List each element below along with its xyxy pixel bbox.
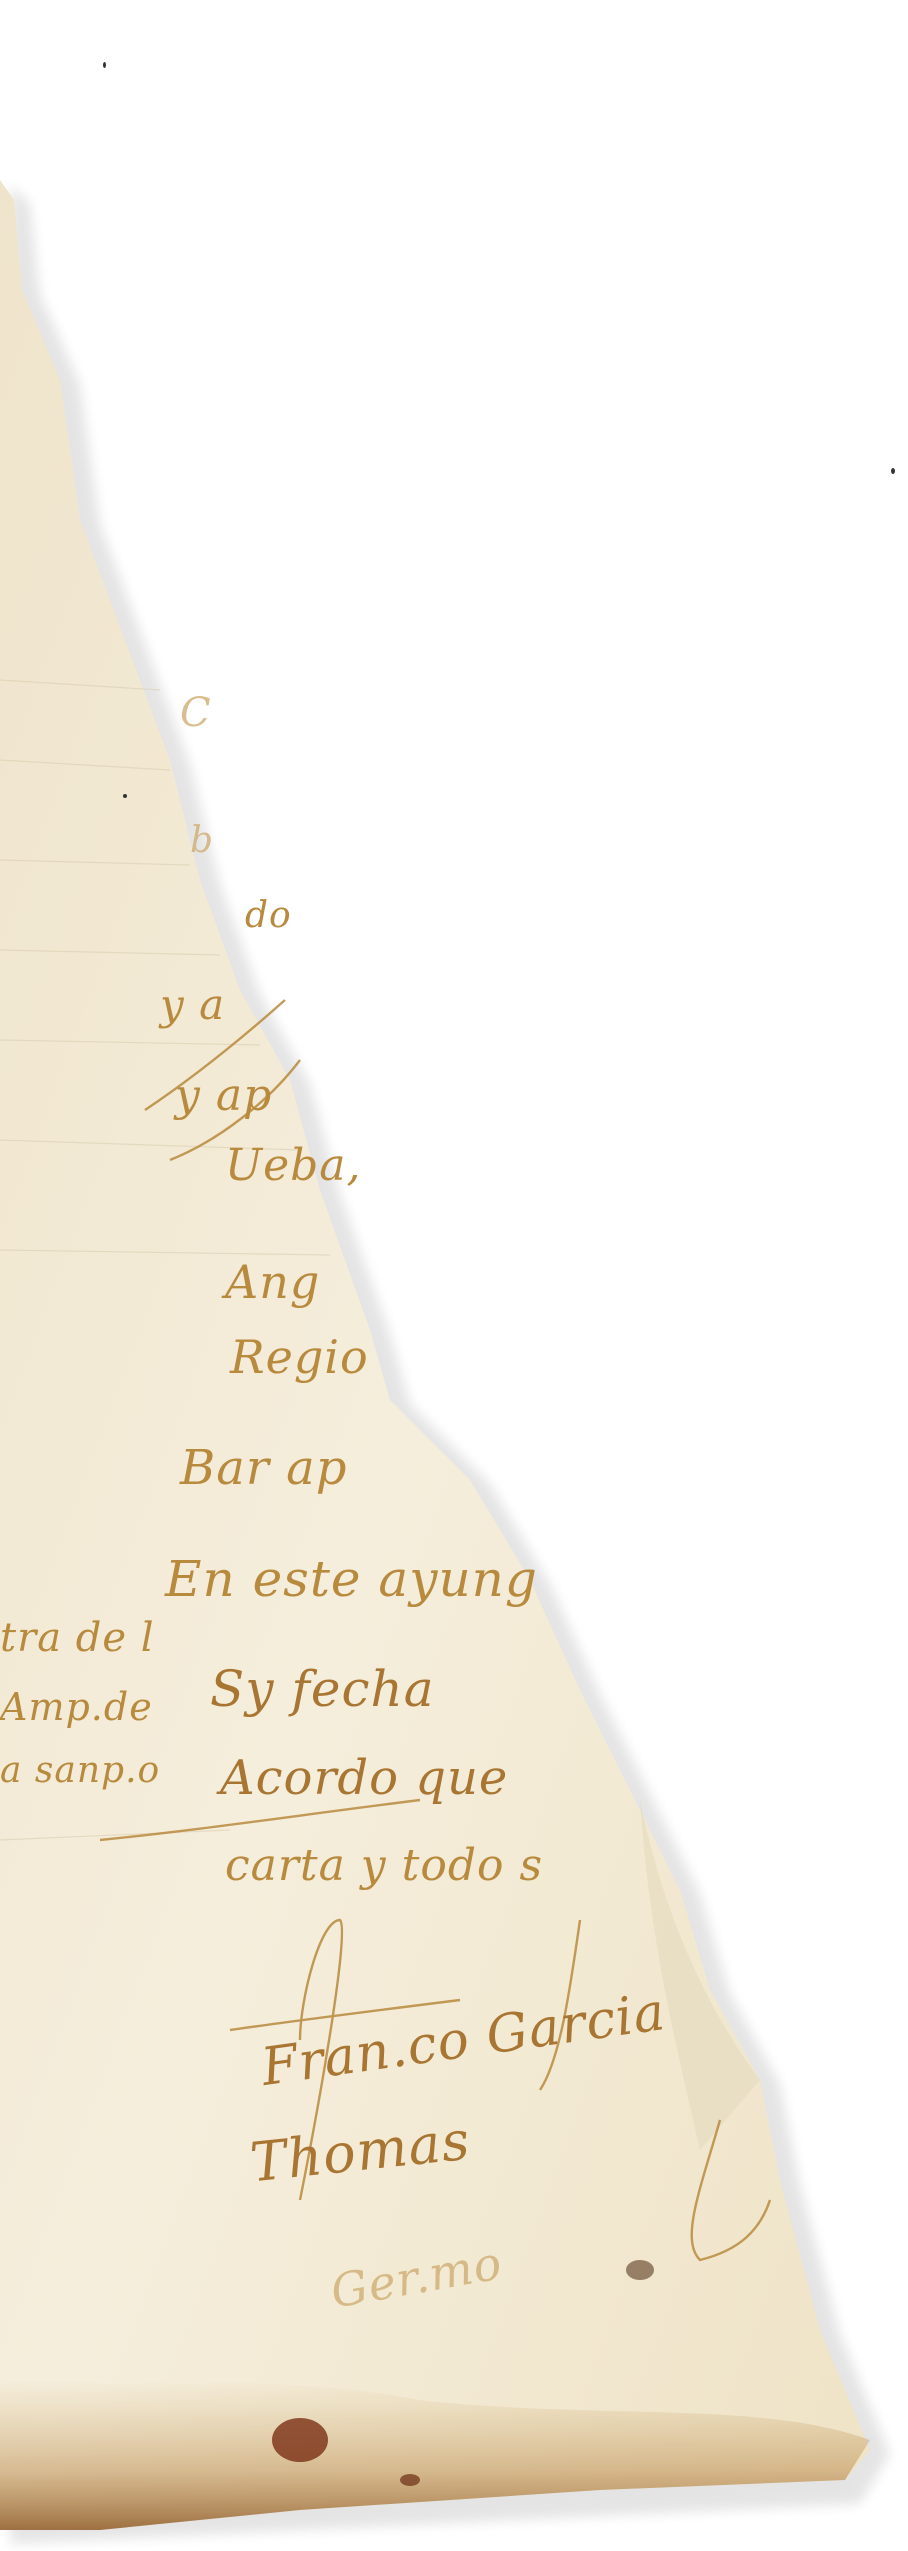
text-line: b [190, 820, 214, 861]
text-line: Acordo que [220, 1750, 508, 1806]
text-line: Regio [230, 1330, 369, 1384]
text-line: Sy fecha [210, 1660, 435, 1718]
text-line: En este ayung [165, 1550, 538, 1608]
text-line: y ap [175, 1070, 272, 1121]
text-line: Ueba, [225, 1140, 362, 1191]
margin-note-line: Amp.de [0, 1685, 153, 1729]
text-line: carta y todo s [225, 1840, 543, 1891]
text-line: do [245, 895, 292, 936]
dark-stain [272, 2418, 328, 2462]
text-line: Ang [225, 1255, 320, 1309]
text-line: Bar ap [180, 1440, 347, 1496]
dark-stain [400, 2474, 420, 2486]
dark-stain [626, 2260, 654, 2280]
dust-speck [891, 468, 895, 474]
paper-fragment [0, 180, 870, 2530]
text-line: y a [160, 980, 225, 1029]
text-line: C [180, 690, 212, 736]
margin-note-line: a sanp.o [0, 1750, 160, 1791]
margin-note-line: tra de l [0, 1615, 155, 1661]
dust-speck [123, 794, 127, 798]
dust-speck [103, 62, 106, 68]
